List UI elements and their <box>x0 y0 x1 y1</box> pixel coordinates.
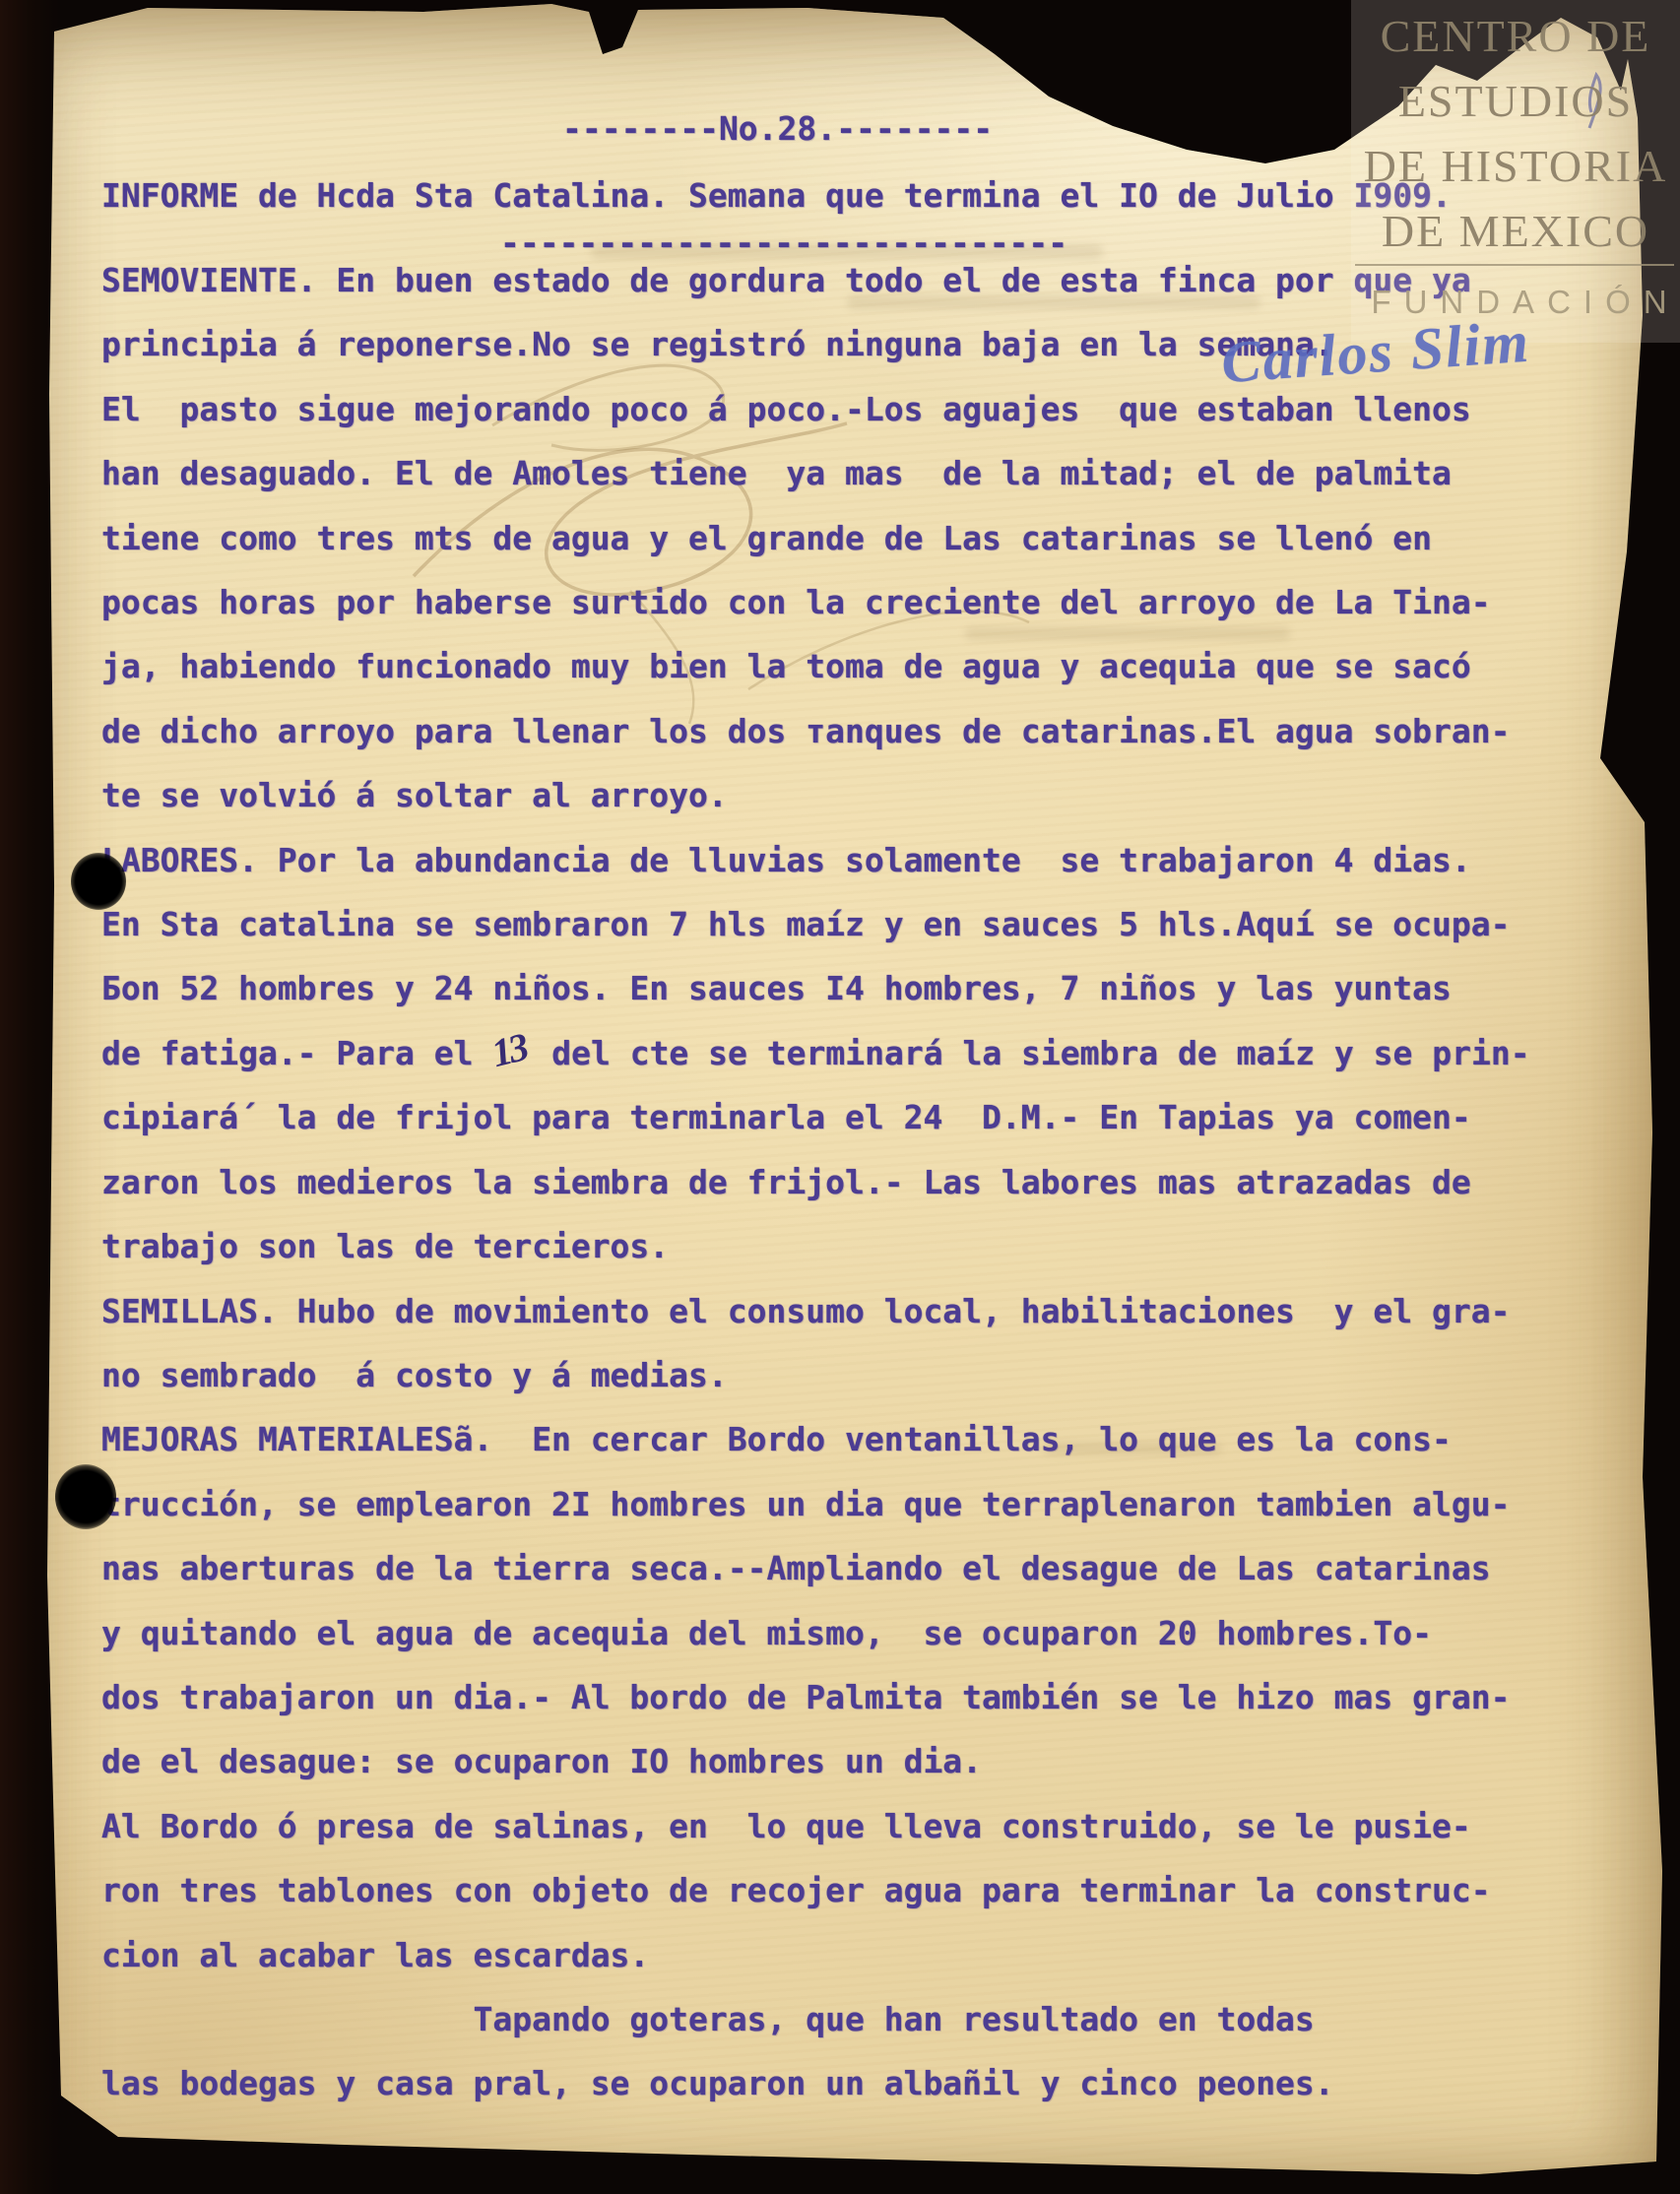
text-line: pocas horas por haberse surtido con la c… <box>101 570 1530 634</box>
text-line: ja, habiendo funcionado muy bien la toma… <box>101 634 1530 698</box>
text-line: Бon 52 hombres y 24 niños. En sauces I4 … <box>101 956 1530 1020</box>
text-line: En Sta catalina se sembraron 7 hls maíz … <box>101 892 1530 956</box>
text-line: las bodegas y casa pral, se ocuparon un … <box>101 2051 1530 2115</box>
text-line: nas aberturas de la tierra seca.--Amplia… <box>101 1536 1530 1600</box>
text-line: Al Bordo ó presa de salinas, en lo que l… <box>101 1794 1530 1858</box>
text-line: trucción, se emplearon 2I hombres un dia… <box>101 1472 1530 1536</box>
text-line: MEJORAS MATERIALESã. En cercar Bordo ven… <box>101 1407 1530 1471</box>
watermark-line: DE HISTORIA <box>1351 134 1680 199</box>
text-line: de dicho arroyo para llenar los dos тanq… <box>101 699 1530 763</box>
text-line: Tapando goteras, que han resultado en to… <box>101 1987 1530 2051</box>
text-segment: de fatiga.- Para el <box>101 1034 492 1072</box>
watermark-line: DE MEXICO <box>1351 199 1680 264</box>
text-line: tiene como tres mts de agua y el grande … <box>101 506 1530 570</box>
doc-number: --------No.28.-------- <box>562 97 993 161</box>
document-body: SEMOVIENTE. En buen estado de gordura to… <box>101 248 1530 2116</box>
watermark-divider <box>1355 264 1674 266</box>
handwritten-number: 13 <box>487 1022 537 1076</box>
text-line: SEMOVIENTE. En buen estado de gordura to… <box>101 248 1530 312</box>
watermark-org-name: CENTRO DE ESTUDIOS DE HISTORIA DE MEXICO <box>1351 4 1680 264</box>
text-line: dos trabajaron un dia.- Al bordo de Palm… <box>101 1665 1530 1729</box>
text-line: SEMILLAS. Hubo de movimiento el consumo … <box>101 1279 1530 1343</box>
text-line: ron tres tablones con objeto de recojer … <box>101 1858 1530 1922</box>
text-line: han desaguado. El de Amoles tiene ya mas… <box>101 441 1530 505</box>
text-line: de fatiga.- Para el 13 del cte se termin… <box>101 1021 1530 1085</box>
punch-hole-top <box>71 853 126 910</box>
text-segment: del cte se terminará la siembra de maíz … <box>532 1034 1529 1072</box>
text-line: de el desague: se ocuparon IO hombres un… <box>101 1729 1530 1793</box>
text-line: zaron los medieros la siembra de frijol.… <box>101 1150 1530 1214</box>
text-line: trabajo son las de tercieros. <box>101 1214 1530 1278</box>
text-line: LABORES. Por la abundancia de lluvias so… <box>101 828 1530 892</box>
watermark-line: CENTRO DE <box>1351 4 1680 69</box>
text-line: cion al acabar las escardas. <box>101 1923 1530 1987</box>
text-line: cipiará´ la de frijol para terminarla el… <box>101 1085 1530 1149</box>
punch-hole-bottom <box>55 1464 116 1529</box>
text-line: te se volvió á soltar al arroyo. <box>101 763 1530 827</box>
scan-background: --------No.28.-------- INFORME de Hcda S… <box>0 0 1680 2194</box>
text-line: y quitando el agua de acequia del mismo,… <box>101 1601 1530 1665</box>
text-line: no sembrado á costo y á medias. <box>101 1343 1530 1407</box>
watermark-line: ESTUDIOS <box>1351 69 1680 134</box>
watermark: CENTRO DE ESTUDIOS DE HISTORIA DE MEXICO… <box>1351 0 1680 343</box>
